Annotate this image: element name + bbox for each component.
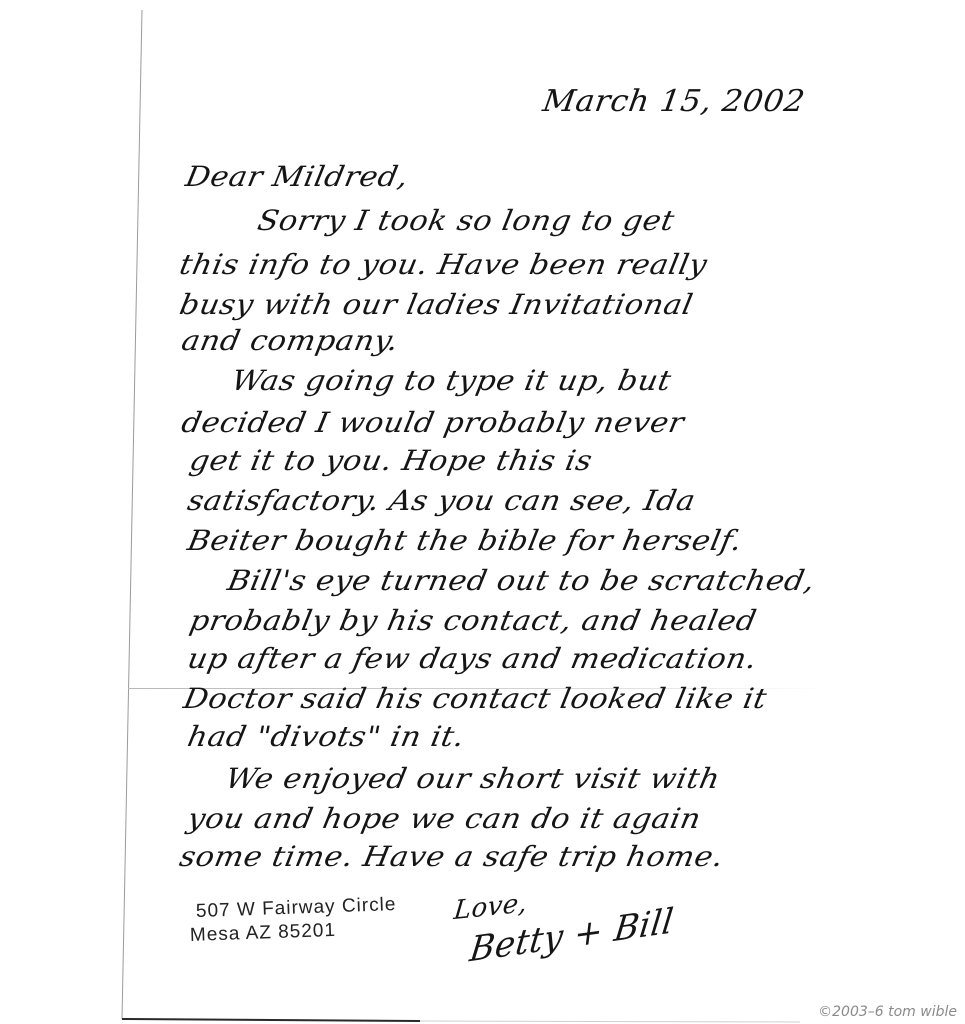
letter-line: Beiter bought the bible for herself.: [185, 524, 745, 557]
letter-line: satisfactory. As you can see, Ida: [185, 484, 699, 517]
letter-line: We enjoyed our short visit with: [223, 762, 723, 795]
letter-line: busy with our ladies Invitational: [177, 288, 696, 321]
letter-line: you and hope we can do it again: [185, 802, 704, 835]
letter-line: some time. Have a safe trip home.: [177, 840, 727, 873]
letter-closing: Love,: [452, 888, 529, 926]
letter-line: probably by his contact, and healed: [187, 604, 760, 637]
letter-line: Bill's eye turned out to be scratched,: [225, 564, 818, 597]
letter-salutation: Dear Mildred,: [183, 160, 412, 193]
letter-line: this info to you. Have been really: [177, 248, 710, 281]
letter-line: Sorry I took so long to get: [255, 204, 677, 237]
copyright-watermark: ©2003–6 tom wible: [818, 1004, 957, 1020]
letter-line: Doctor said his contact looked like it: [181, 682, 770, 715]
return-address-city: Mesa AZ 85201: [190, 920, 337, 947]
letter-line: had "divots" in it.: [185, 720, 468, 753]
letter-line: Was going to type it up, but: [229, 364, 674, 397]
letter-line: decided I would probably never: [179, 406, 687, 439]
letter-line: and company.: [179, 324, 402, 357]
return-address-street: 507 W Fairway Circle: [196, 894, 397, 923]
letter-date: March 15, 2002: [540, 84, 807, 119]
letter-line: up after a few days and medication.: [185, 642, 760, 675]
letter-line: get it to you. Hope this is: [187, 444, 595, 477]
